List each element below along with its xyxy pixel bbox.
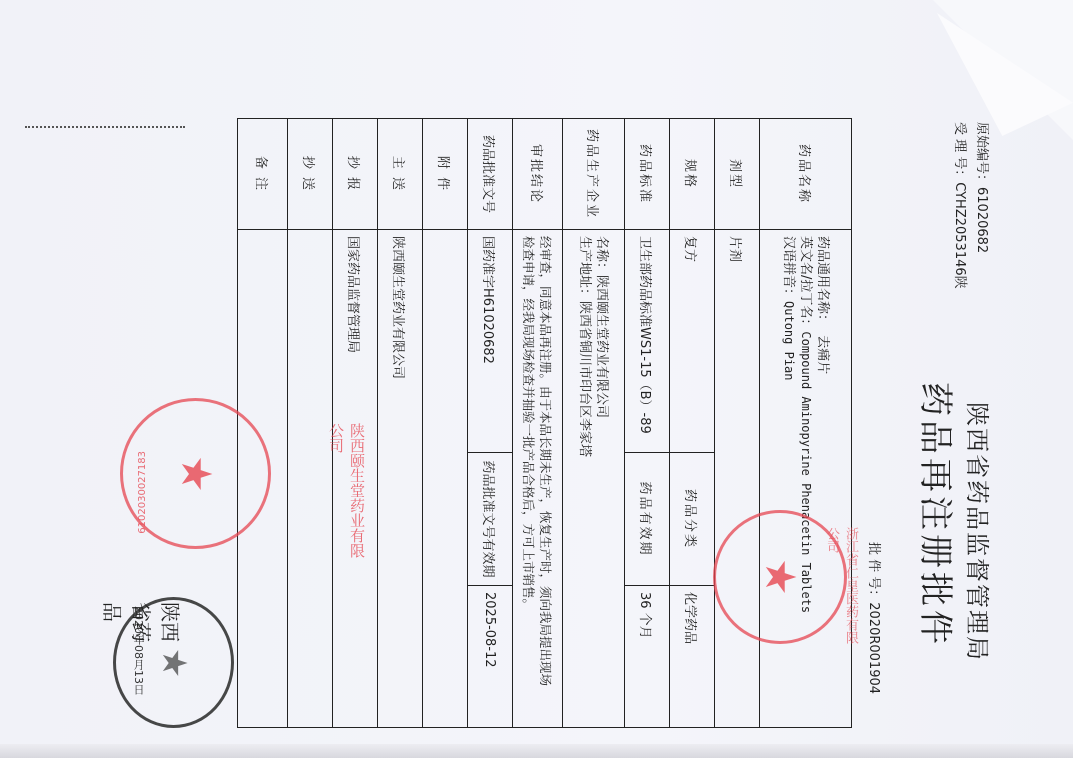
report-to-label: 抄 报 <box>333 119 378 230</box>
english-name-value: Compound Aminopyrine Phenacetin Tablets <box>799 331 813 613</box>
copy-to-label: 抄 送 <box>288 119 333 230</box>
attachments-label: 附 件 <box>423 119 468 230</box>
document-title: 药品再注册批件 <box>914 382 963 648</box>
generic-name: 药品通用名称： 去痛片 <box>814 236 831 721</box>
manufacturer-address: 生产地址：陕西省铜川市印台区李家塔 <box>577 236 594 721</box>
main-recipient-value: 陕西颐生堂药业有限公司 <box>378 230 423 728</box>
specification-value: 复方 <box>670 230 715 453</box>
standard-value: 卫生部药品标准WS1-15（B）-89 <box>625 230 670 453</box>
approval-doc-validity-value: 2025-08-12 <box>468 586 513 728</box>
manufacturer-cell: 名称：陕西颐生堂药业有限公司 生产地址：陕西省铜川市印台区李家塔 <box>563 230 625 728</box>
row-standard: 药品标准 卫生部药品标准WS1-15（B）-89 药品有效期 36 个月 <box>625 119 670 728</box>
issuer-name: 陕西省药品监督管理局 <box>962 402 997 662</box>
conclusion-cell: 经审查，同意本品再注册。由于本品长期未生产，恢复生产时，须向我局提出现场 检查申… <box>513 230 563 728</box>
original-number-label: 原始编号： <box>974 122 989 187</box>
perforation-line <box>25 126 185 128</box>
acceptance-number: 受 理 号：CYHZ2053146陕 <box>952 122 971 289</box>
dosage-form-value: 片剂 <box>715 230 760 728</box>
category-label: 药品分类 <box>670 453 715 586</box>
row-specification: 规格 复方 药品分类 化学药品 <box>670 119 715 728</box>
row-attachments: 附 件 <box>423 119 468 728</box>
category-value: 化学药品 <box>670 586 715 728</box>
english-name-label: 英文名/拉丁名： <box>798 236 813 331</box>
copy-to-value <box>288 230 333 728</box>
form-table: 药品名称 药品通用名称： 去痛片 英文名/拉丁名：Compound Aminop… <box>237 118 852 728</box>
manufacturer-address-value: 陕西省铜川市印台区李家塔 <box>578 301 593 457</box>
approval-doc-value: 国药准字H61020682 <box>468 230 513 453</box>
remarks-value <box>238 230 288 728</box>
attachments-value <box>423 230 468 728</box>
approval-doc-label: 药品批准文号 <box>468 119 513 230</box>
original-number: 原始编号：61020682 <box>974 122 993 253</box>
generic-name-value: 去痛片 <box>815 335 830 374</box>
main-recipient-label: 主 送 <box>378 119 423 230</box>
approval-doc-validity-label: 药品批准文号有效期 <box>468 453 513 586</box>
dosage-form-label: 剂型 <box>715 119 760 230</box>
generic-name-label: 药品通用名称： <box>815 236 830 327</box>
manufacturer-address-label: 生产地址： <box>578 236 593 301</box>
english-name: 英文名/拉丁名：Compound Aminopyrine Phenacetin … <box>797 236 814 721</box>
specification-label: 规格 <box>670 119 715 230</box>
approval-number-value: 2020R001904 <box>866 602 881 694</box>
acceptance-number-label: 受 理 号： <box>952 122 967 182</box>
remarks-label: 备 注 <box>238 119 288 230</box>
row-approval-doc: 药品批准文号 国药准字H61020682 药品批准文号有效期 2025-08-1… <box>468 119 513 728</box>
acceptance-number-value: CYHZ2053146陕 <box>952 182 967 288</box>
approval-number: 批 件 号：2020R001904 <box>866 542 885 694</box>
row-manufacturer: 药品生产企业 名称：陕西颐生堂药业有限公司 生产地址：陕西省铜川市印台区李家塔 <box>563 119 625 728</box>
original-number-value: 61020682 <box>974 187 989 253</box>
validity-label: 药品有效期 <box>625 453 670 586</box>
row-conclusion: 审批结论 经审查，同意本品再注册。由于本品长期未生产，恢复生产时，须向我局提出现… <box>513 119 563 728</box>
manufacturer-name-value: 陕西颐生堂药业有限公司 <box>595 275 610 418</box>
approval-number-label: 批 件 号： <box>866 542 881 602</box>
conclusion-label: 审批结论 <box>513 119 563 230</box>
pinyin-value: Qutong Pian <box>782 301 796 380</box>
manufacturer-label: 药品生产企业 <box>563 119 625 230</box>
conclusion-line-1: 经审查，同意本品再注册。由于本品长期未生产，恢复生产时，须向我局提出现场 <box>538 236 555 721</box>
row-remarks: 备 注 <box>238 119 288 728</box>
pinyin-label: 汉语拼音： <box>781 236 796 301</box>
report-to-value: 国家药品监督管理局 <box>333 230 378 728</box>
row-dosage-form: 剂型 片剂 <box>715 119 760 728</box>
registration-form: 药品名称 药品通用名称： 去痛片 英文名/拉丁名：Compound Aminop… <box>172 118 852 728</box>
row-drug-name: 药品名称 药品通用名称： 去痛片 英文名/拉丁名：Compound Aminop… <box>760 119 852 728</box>
drug-name-label: 药品名称 <box>760 119 852 230</box>
row-report-to: 抄 报 国家药品监督管理局 <box>333 119 378 728</box>
row-main-recipient: 主 送 陕西颐生堂药业有限公司 <box>378 119 423 728</box>
pinyin-name: 汉语拼音：Qutong Pian <box>780 236 797 721</box>
validity-value: 36 个月 <box>625 586 670 728</box>
manufacturer-name: 名称：陕西颐生堂药业有限公司 <box>594 236 611 721</box>
document-header: 原始编号：61020682 受 理 号：CYHZ2053146陕 陕西省药品监督… <box>843 112 1003 752</box>
manufacturer-name-label: 名称： <box>595 236 610 275</box>
drug-name-cell: 药品通用名称： 去痛片 英文名/拉丁名：Compound Aminopyrine… <box>760 230 852 728</box>
conclusion-line-2: 检查申请，经我局现场检查并抽验一批产品合格后，方可上市销售。 <box>521 236 538 721</box>
row-copy-to: 抄 送 <box>288 119 333 728</box>
standard-label: 药品标准 <box>625 119 670 230</box>
